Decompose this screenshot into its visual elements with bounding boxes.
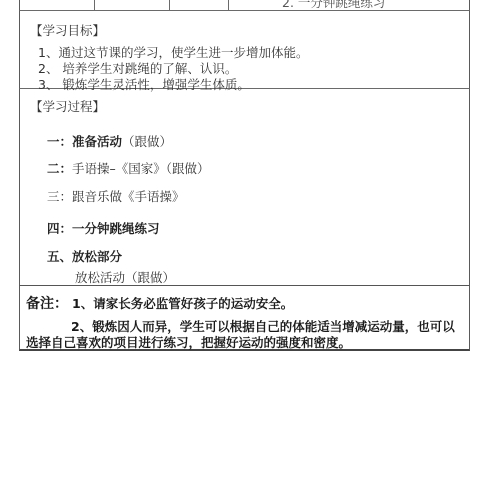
step-prefix: 四： <box>47 221 72 236</box>
step-title: 一分钟跳绳练习 <box>72 221 160 236</box>
step-prefix: 二： <box>47 161 72 176</box>
goals-heading: 【学习目标】 <box>30 21 105 39</box>
process-step-5: 五、放松部分 <box>47 247 122 265</box>
step-suffix: （跟做） <box>122 134 172 149</box>
process-heading: 【学习过程】 <box>30 97 105 115</box>
process-sub-item: 放松活动（跟做） <box>75 268 175 286</box>
process-step-1: 一：准备活动（跟做） <box>47 132 172 150</box>
cell-divider <box>94 0 95 11</box>
top-table-row: 2. 一分钟跳绳练习 <box>19 0 470 11</box>
step-title: 准备活动 <box>72 134 122 149</box>
process-step-3: 三：跟音乐做《手语操》 <box>47 187 185 205</box>
step-prefix: 一： <box>47 134 72 149</box>
notes-line-1: 1、请家长务必监管好孩子的运动安全。 <box>72 294 293 312</box>
process-step-4: 四：一分钟跳绳练习 <box>47 219 160 237</box>
step-title: 跟音乐做《手语操》 <box>72 189 185 204</box>
notes-section: 备注： 1、请家长务必监管好孩子的运动安全。 2、锻炼因人而异，学生可以根据自己… <box>19 286 470 351</box>
step-title: 放松部分 <box>72 249 122 264</box>
learning-goals-section: 【学习目标】 1、通过这节课的学习，使学生进一步增加体能。 2、 培养学生对跳绳… <box>19 11 470 89</box>
top-row-text: 2. 一分钟跳绳练习 <box>282 0 385 11</box>
process-step-2: 二：手语操–《国家》（跟做） <box>47 159 210 177</box>
cell-divider <box>228 0 229 11</box>
learning-process-section: 【学习过程】 一：准备活动（跟做） 二：手语操–《国家》（跟做） 三：跟音乐做《… <box>19 89 470 286</box>
notes-label: 备注： <box>26 293 68 313</box>
step-prefix: 三： <box>47 189 72 204</box>
step-prefix: 五、 <box>47 249 72 264</box>
cell-divider <box>169 0 170 11</box>
step-title: 手语操–《国家》（跟做） <box>72 161 210 176</box>
notes-line-3: 选择自己喜欢的项目进行练习，把握好运动的强度和密度。 <box>26 333 351 351</box>
